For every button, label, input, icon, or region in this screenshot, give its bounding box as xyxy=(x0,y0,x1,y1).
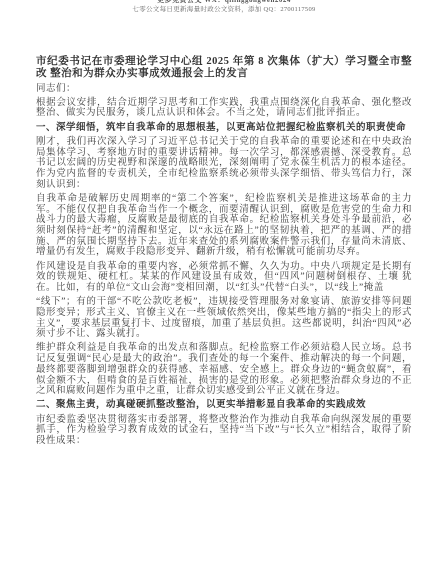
paragraph-offline-issues: “线下”；有的干部“不吃公款吃老板”，违规接受管理服务对象宴请、旅游安排等问题隐… xyxy=(36,297,412,340)
paragraph-masses-interests: 维护群众利益是自我革命的出发点和落脚点。纪检监察工作必须站稳人民立场。总书记反复… xyxy=(36,343,412,397)
paragraph-intro: 根据会议安排，结合近期学习思考和工作实践，我重点围绕深化自我革命、强化整改整治、… xyxy=(36,98,412,119)
paragraph-study: 刚才，我们再次深入学习了习近平总书记关于党的自我革命的重要论述和在中央政治局集体… xyxy=(36,137,412,191)
paragraph-rectification: 市纪委监委坚决贯彻落实市委部署，将整改整治作为推动自我革命向纵深发展的重要抓手，… xyxy=(36,415,412,447)
document-title: 市纪委书记在市委理论学习中心组 2025 年第 8 次集体（扩大）学习暨全市整改… xyxy=(36,56,412,80)
paragraph-work-style: 作风建设是自我革命的重要内容，必须常抓不懈、久久为功。中央八项规定是长期有效的铁… xyxy=(36,262,412,294)
document-page: 更多免费公文 WX：qilinggongwen2024 七零公文每日更新海量时政… xyxy=(0,0,448,580)
header-ad-line-2: 七零公文每日更新海量时政公文资料，添加 QQ：2700117509 xyxy=(0,5,448,14)
header-ad: 更多免费公文 WX：qilinggongwen2024 七零公文每日更新海量时政… xyxy=(0,0,448,14)
section-heading-1: 一、深学细悟，筑牢自我革命的思想根基，以更高站位把握纪检监察机关的职责使命 xyxy=(36,123,412,134)
document-body: 市纪委书记在市委理论学习中心组 2025 年第 8 次集体（扩大）学习暨全市整改… xyxy=(36,56,412,447)
paragraph-self-revolution: 自我革命是破解历史周期率的“第二个答案”，纪检监察机关是推进这场革命的主力军。不… xyxy=(36,194,412,258)
salutation: 同志们： xyxy=(36,84,412,95)
section-heading-2: 二、聚焦主责，动真碰硬抓整改整治，以更实举措彰显自我革命的实践成效 xyxy=(36,400,412,411)
